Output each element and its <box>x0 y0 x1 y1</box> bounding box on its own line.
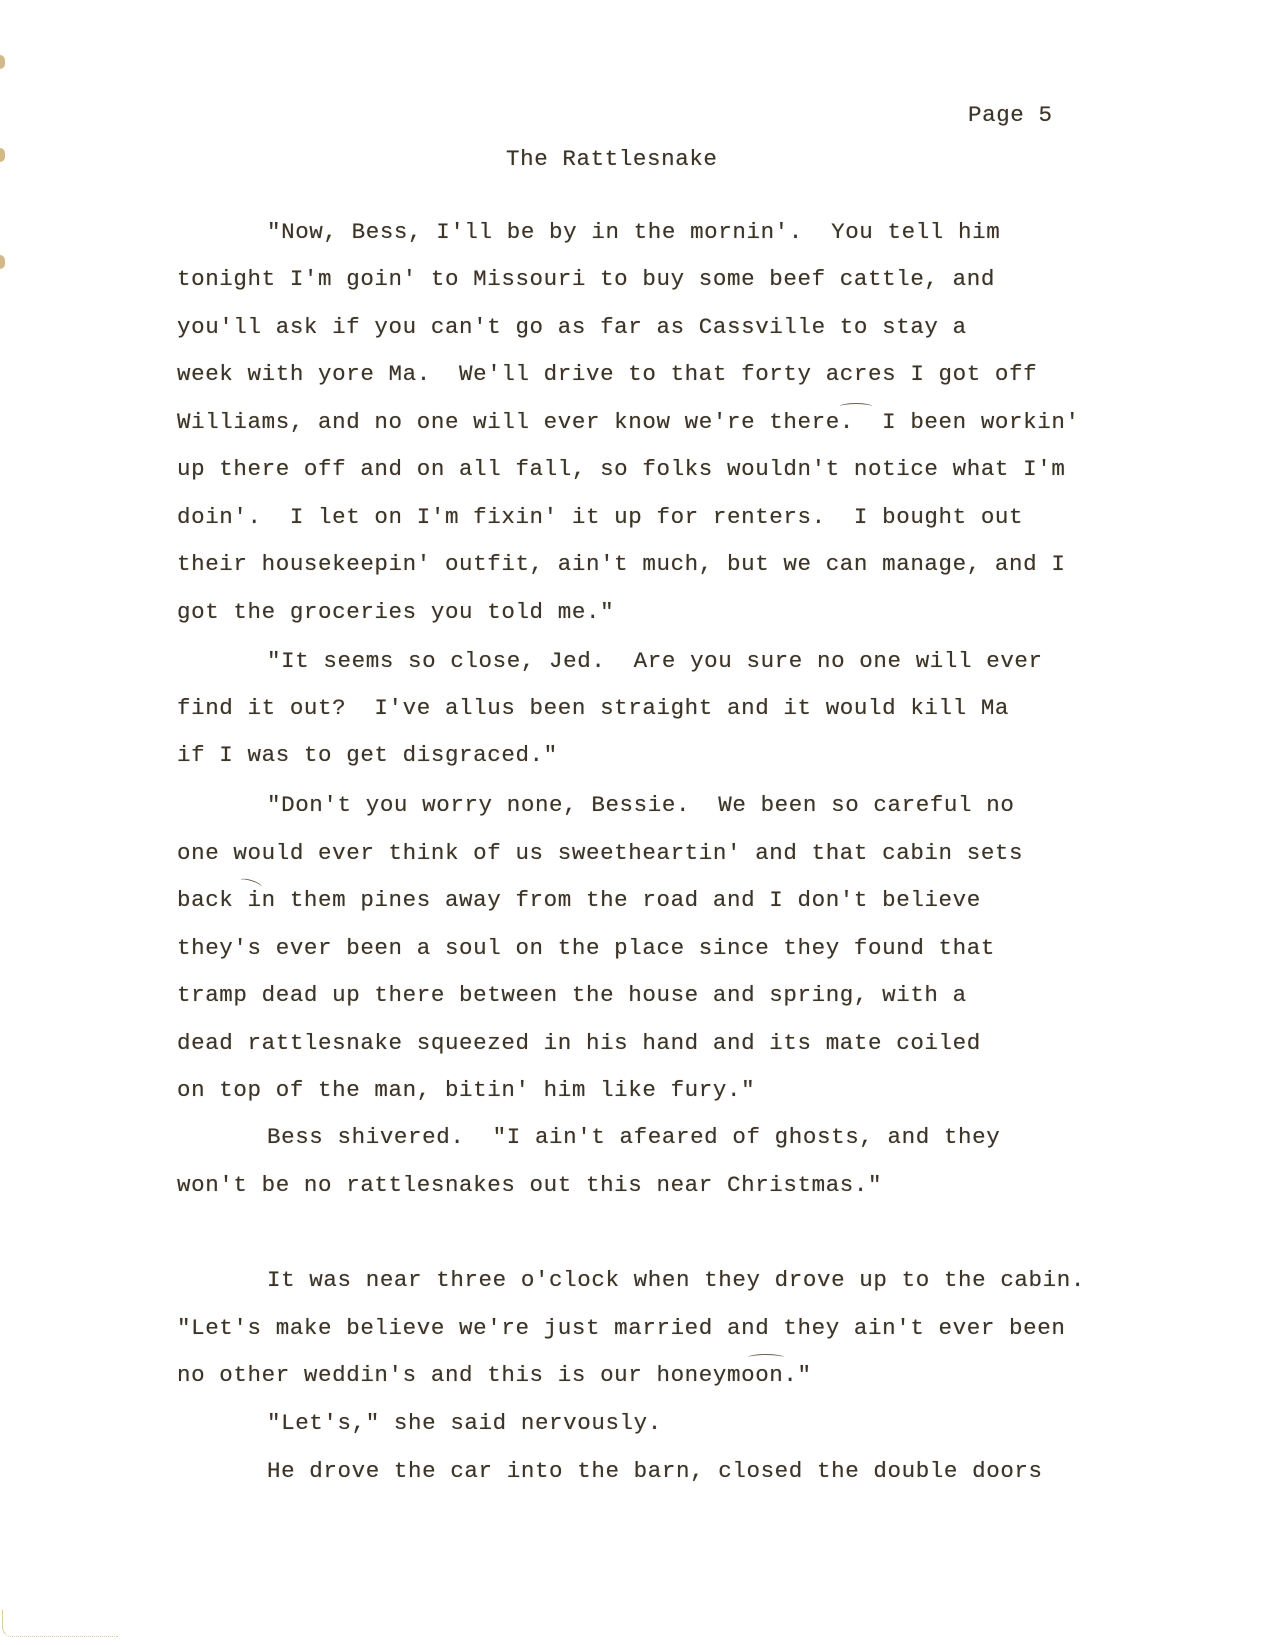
text-line: "Let's make believe we're just married a… <box>177 1315 1065 1341</box>
text-line: you'll ask if you can't go as far as Cas… <box>177 314 967 340</box>
text-line: back in them pines away from the road an… <box>177 887 981 913</box>
text-line: He drove the car into the barn, closed t… <box>267 1458 1043 1484</box>
story-title: The Rattlesnake <box>506 146 718 172</box>
text-line: "Don't you worry none, Bessie. We been s… <box>267 792 1014 818</box>
text-line: won't be no rattlesnakes out this near C… <box>177 1172 882 1198</box>
text-line: It was near three o'clock when they drov… <box>267 1267 1085 1293</box>
pencil-mark <box>840 403 872 410</box>
paper-stain <box>0 148 5 162</box>
text-line: "Let's," she said nervously. <box>267 1410 662 1436</box>
text-line: tramp dead up there between the house an… <box>177 982 967 1008</box>
typewritten-page: Page 5 The Rattlesnake "Now, Bess, I'll … <box>0 0 1275 1645</box>
paper-stain <box>0 55 5 69</box>
text-line: Williams, and no one will ever know we'r… <box>177 409 1080 435</box>
text-line: up there off and on all fall, so folks w… <box>177 456 1065 482</box>
paper-stain <box>0 255 5 269</box>
text-line: on top of the man, bitin' him like fury.… <box>177 1077 755 1103</box>
text-line: dead rattlesnake squeezed in his hand an… <box>177 1030 981 1056</box>
text-line: tonight I'm goin' to Missouri to buy som… <box>177 266 995 292</box>
text-line: got the groceries you told me." <box>177 599 614 625</box>
page-number: Page 5 <box>968 102 1053 128</box>
text-line: no other weddin's and this is our honeym… <box>177 1362 812 1388</box>
text-line: they's ever been a soul on the place sin… <box>177 935 995 961</box>
text-line: "It seems so close, Jed. Are you sure no… <box>267 648 1043 674</box>
text-line: Bess shivered. "I ain't afeared of ghost… <box>267 1124 1000 1150</box>
text-line: one would ever think of us sweetheartin'… <box>177 840 1023 866</box>
pencil-mark <box>748 1354 784 1361</box>
text-line: week with yore Ma. We'll drive to that f… <box>177 361 1037 387</box>
text-line: "Now, Bess, I'll be by in the mornin'. Y… <box>267 219 1000 245</box>
paper-corner-mark <box>2 1610 118 1637</box>
text-line: find it out? I've allus been straight an… <box>177 695 1009 721</box>
text-line: their housekeepin' outfit, ain't much, b… <box>177 551 1065 577</box>
text-line: doin'. I let on I'm fixin' it up for ren… <box>177 504 1023 530</box>
text-line: if I was to get disgraced." <box>177 742 558 768</box>
